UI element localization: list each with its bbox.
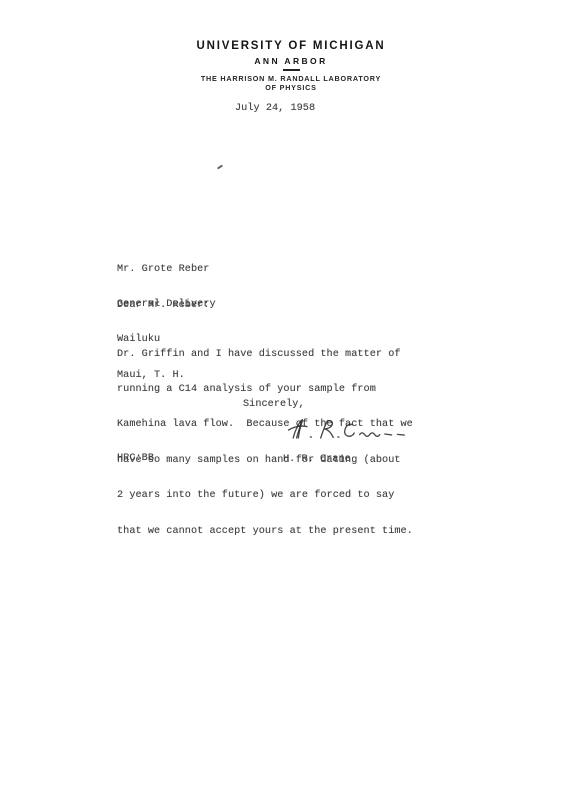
scanned-letter-page: UNIVERSITY OF MICHIGAN ANN ARBOR THE HAR…: [0, 0, 582, 800]
letterhead-department-line2: OF PHYSICS: [0, 84, 582, 93]
stray-scan-mark: [217, 165, 223, 170]
reference-initials: HRC:BB: [117, 453, 154, 465]
typed-signature-name: H. R. Crane: [283, 454, 351, 466]
signature-ink: [284, 417, 410, 443]
letterhead-institution: UNIVERSITY OF MICHIGAN: [0, 40, 582, 52]
letterhead-divider-rule: [283, 69, 300, 71]
body-line: have so many samples on hand for dating …: [117, 455, 413, 467]
body-line: 2 years into the future) we are forced t…: [117, 490, 413, 502]
closing: Sincerely,: [243, 399, 305, 411]
salutation: Dear Mr. Reber:: [117, 300, 209, 312]
recipient-name: Mr. Grote Reber: [117, 264, 216, 276]
body-line: running a C14 analysis of your sample fr…: [117, 384, 413, 396]
body-line: that we cannot accept yours at the prese…: [117, 526, 413, 538]
body-line: Dr. Griffin and I have discussed the mat…: [117, 349, 413, 361]
letterhead-city: ANN ARBOR: [0, 56, 582, 66]
letterhead: UNIVERSITY OF MICHIGAN ANN ARBOR THE HAR…: [0, 0, 582, 92]
handwritten-signature: [284, 417, 410, 443]
date-line: July 24, 1958: [235, 103, 315, 115]
